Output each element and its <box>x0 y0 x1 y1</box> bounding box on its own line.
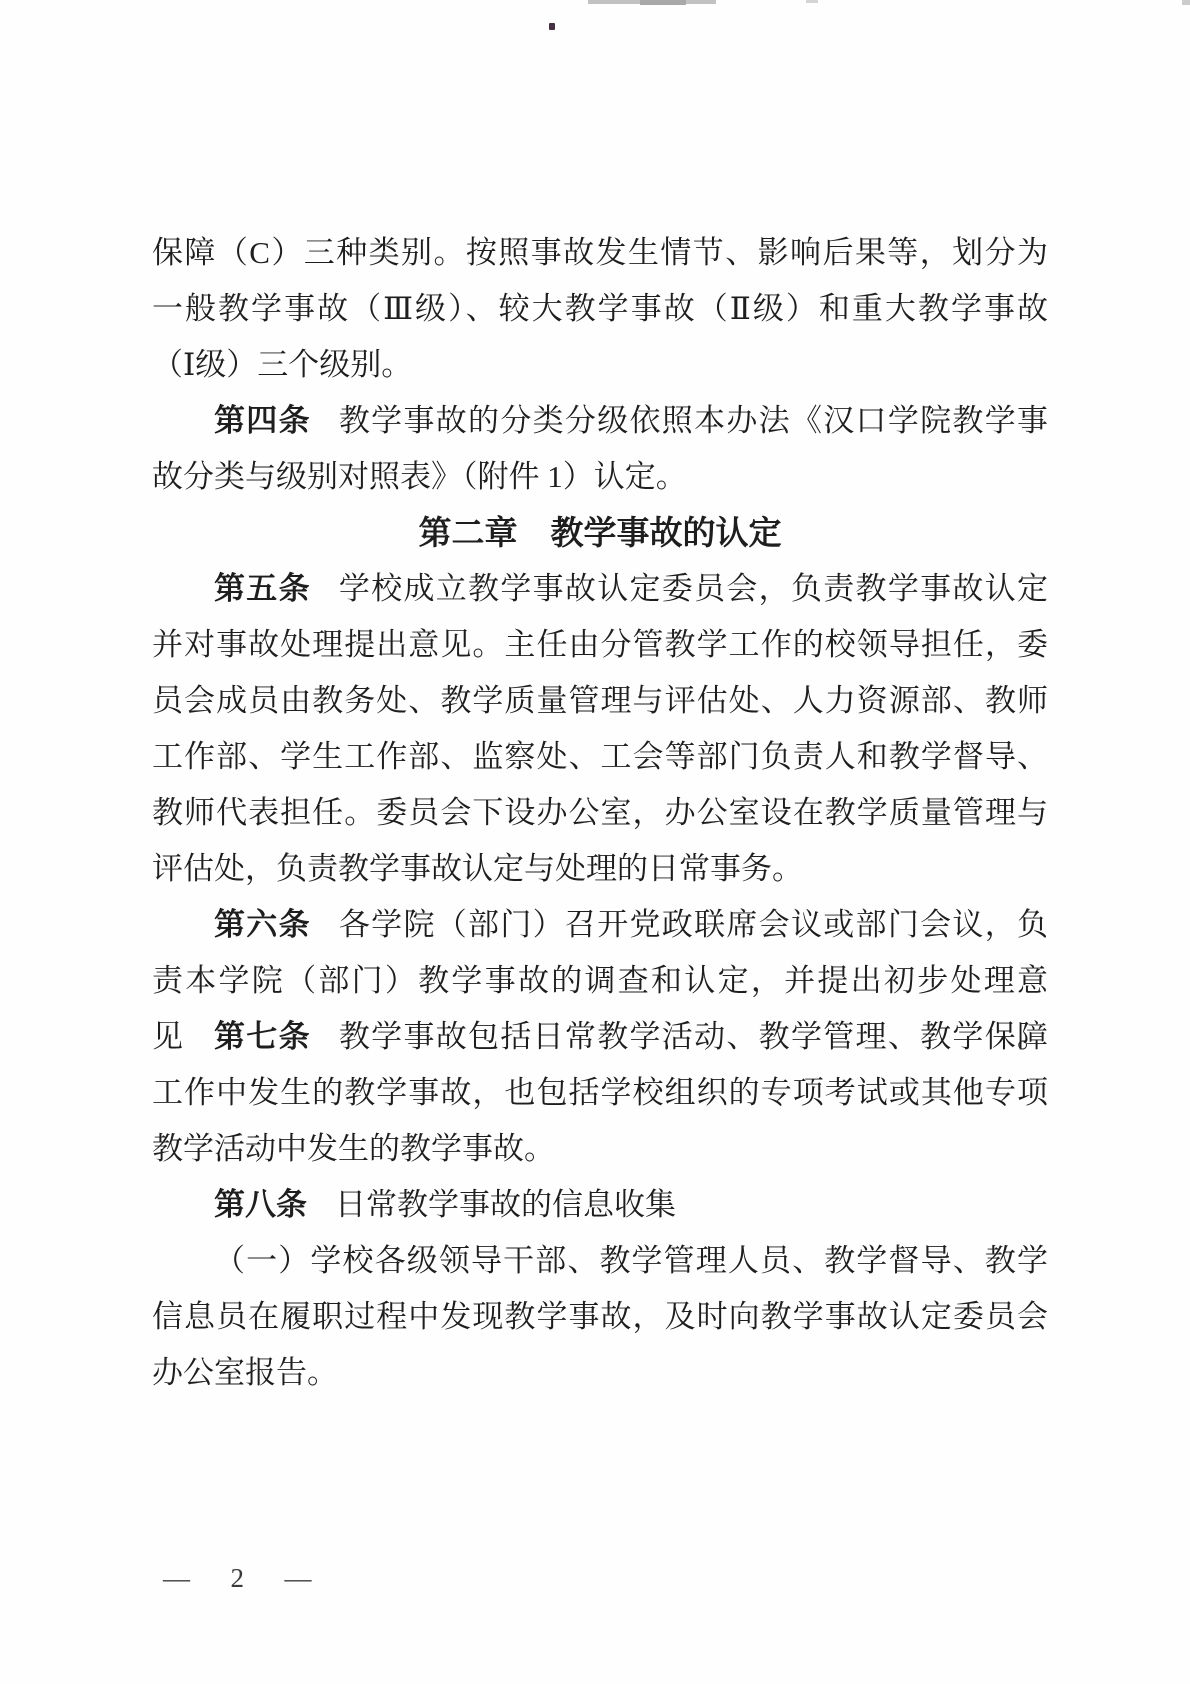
article-number-label: 第五条 <box>214 571 311 606</box>
text-line: 第七条教学事故包括日常教学活动、教学管理、教学保障 <box>152 1009 1048 1065</box>
text-line: 教学活动中发生的教学事故。 <box>152 1121 1048 1177</box>
article-line-text: 日常教学事故的信息收集 <box>335 1187 676 1222</box>
text-line: 第八条日常教学事故的信息收集 <box>152 1177 1048 1233</box>
text-line: 办公室报告。 <box>152 1345 1048 1401</box>
text-line: 工作中发生的教学事故，也包括学校组织的专项考试或其他专项 <box>152 1065 1048 1121</box>
text-line: 评估处，负责教学事故认定与处理的日常事务。 <box>152 841 1048 897</box>
article-line-text: 教学事故的分类分级依照本办法《汉口学院教学事 <box>339 403 1048 438</box>
text-line: 员会成员由教务处、教学质量管理与评估处、人力资源部、教师 <box>152 673 1048 729</box>
article-line-text: 各学院（部门）召开党政联席会议或部门会议，负 <box>339 907 1048 942</box>
scan-artifact-top-smudge-dark <box>640 0 686 5</box>
article-number-label: 第六条 <box>214 907 311 942</box>
article-line-text: 教学事故包括日常教学活动、教学管理、教学保障 <box>339 1019 1048 1054</box>
scan-artifact-top-tick <box>806 0 818 3</box>
scan-artifact-corner <box>1182 0 1190 5</box>
text-line: 第五条学校成立教学事故认定委员会，负责教学事故认定 <box>152 561 1048 617</box>
article-line-text: 学校成立教学事故认定委员会，负责教学事故认定 <box>339 571 1048 606</box>
text-line: （Ⅰ级）三个级别。 <box>152 337 1048 393</box>
text-line: 工作部、学生工作部、监察处、工会等部门负责人和教学督导、 <box>152 729 1048 785</box>
text-line: 责本学院（部门）教学事故的调查和认定，并提出初步处理意见。 <box>152 953 1048 1009</box>
text-line: 一般教学事故（Ⅲ级）、较大教学事故（Ⅱ级）和重大教学事故 <box>152 281 1048 337</box>
article-number-label: 第八条 <box>214 1187 307 1222</box>
text-line: 保障（C）三种类别。按照事故发生情节、影响后果等，划分为 <box>152 225 1048 281</box>
text-line: 信息员在履职过程中发现教学事故，及时向教学事故认定委员会 <box>152 1289 1048 1345</box>
text-line: 并对事故处理提出意见。主任由分管教学工作的校领导担任，委 <box>152 617 1048 673</box>
text-line: （一）学校各级领导干部、教学管理人员、教学督导、教学 <box>152 1233 1048 1289</box>
text-line: 第六条各学院（部门）召开党政联席会议或部门会议，负 <box>152 897 1048 953</box>
text-line: 教师代表担任。委员会下设办公室，办公室设在教学质量管理与 <box>152 785 1048 841</box>
text-line: 故分类与级别对照表》（附件 1）认定。 <box>152 449 1048 505</box>
article-number-label: 第四条 <box>214 403 311 438</box>
article-number-label: 第七条 <box>214 1019 311 1054</box>
document-body: 保障（C）三种类别。按照事故发生情节、影响后果等，划分为一般教学事故（Ⅲ级）、较… <box>152 225 1048 1401</box>
scan-artifact-ink-dot <box>549 23 555 30</box>
scanned-document-page: 保障（C）三种类别。按照事故发生情节、影响后果等，划分为一般教学事故（Ⅲ级）、较… <box>0 0 1190 1684</box>
page-number: — 2 — <box>163 1563 321 1594</box>
text-line: 第四条教学事故的分类分级依照本办法《汉口学院教学事 <box>152 393 1048 449</box>
chapter-heading: 第二章 教学事故的认定 <box>152 505 1048 561</box>
